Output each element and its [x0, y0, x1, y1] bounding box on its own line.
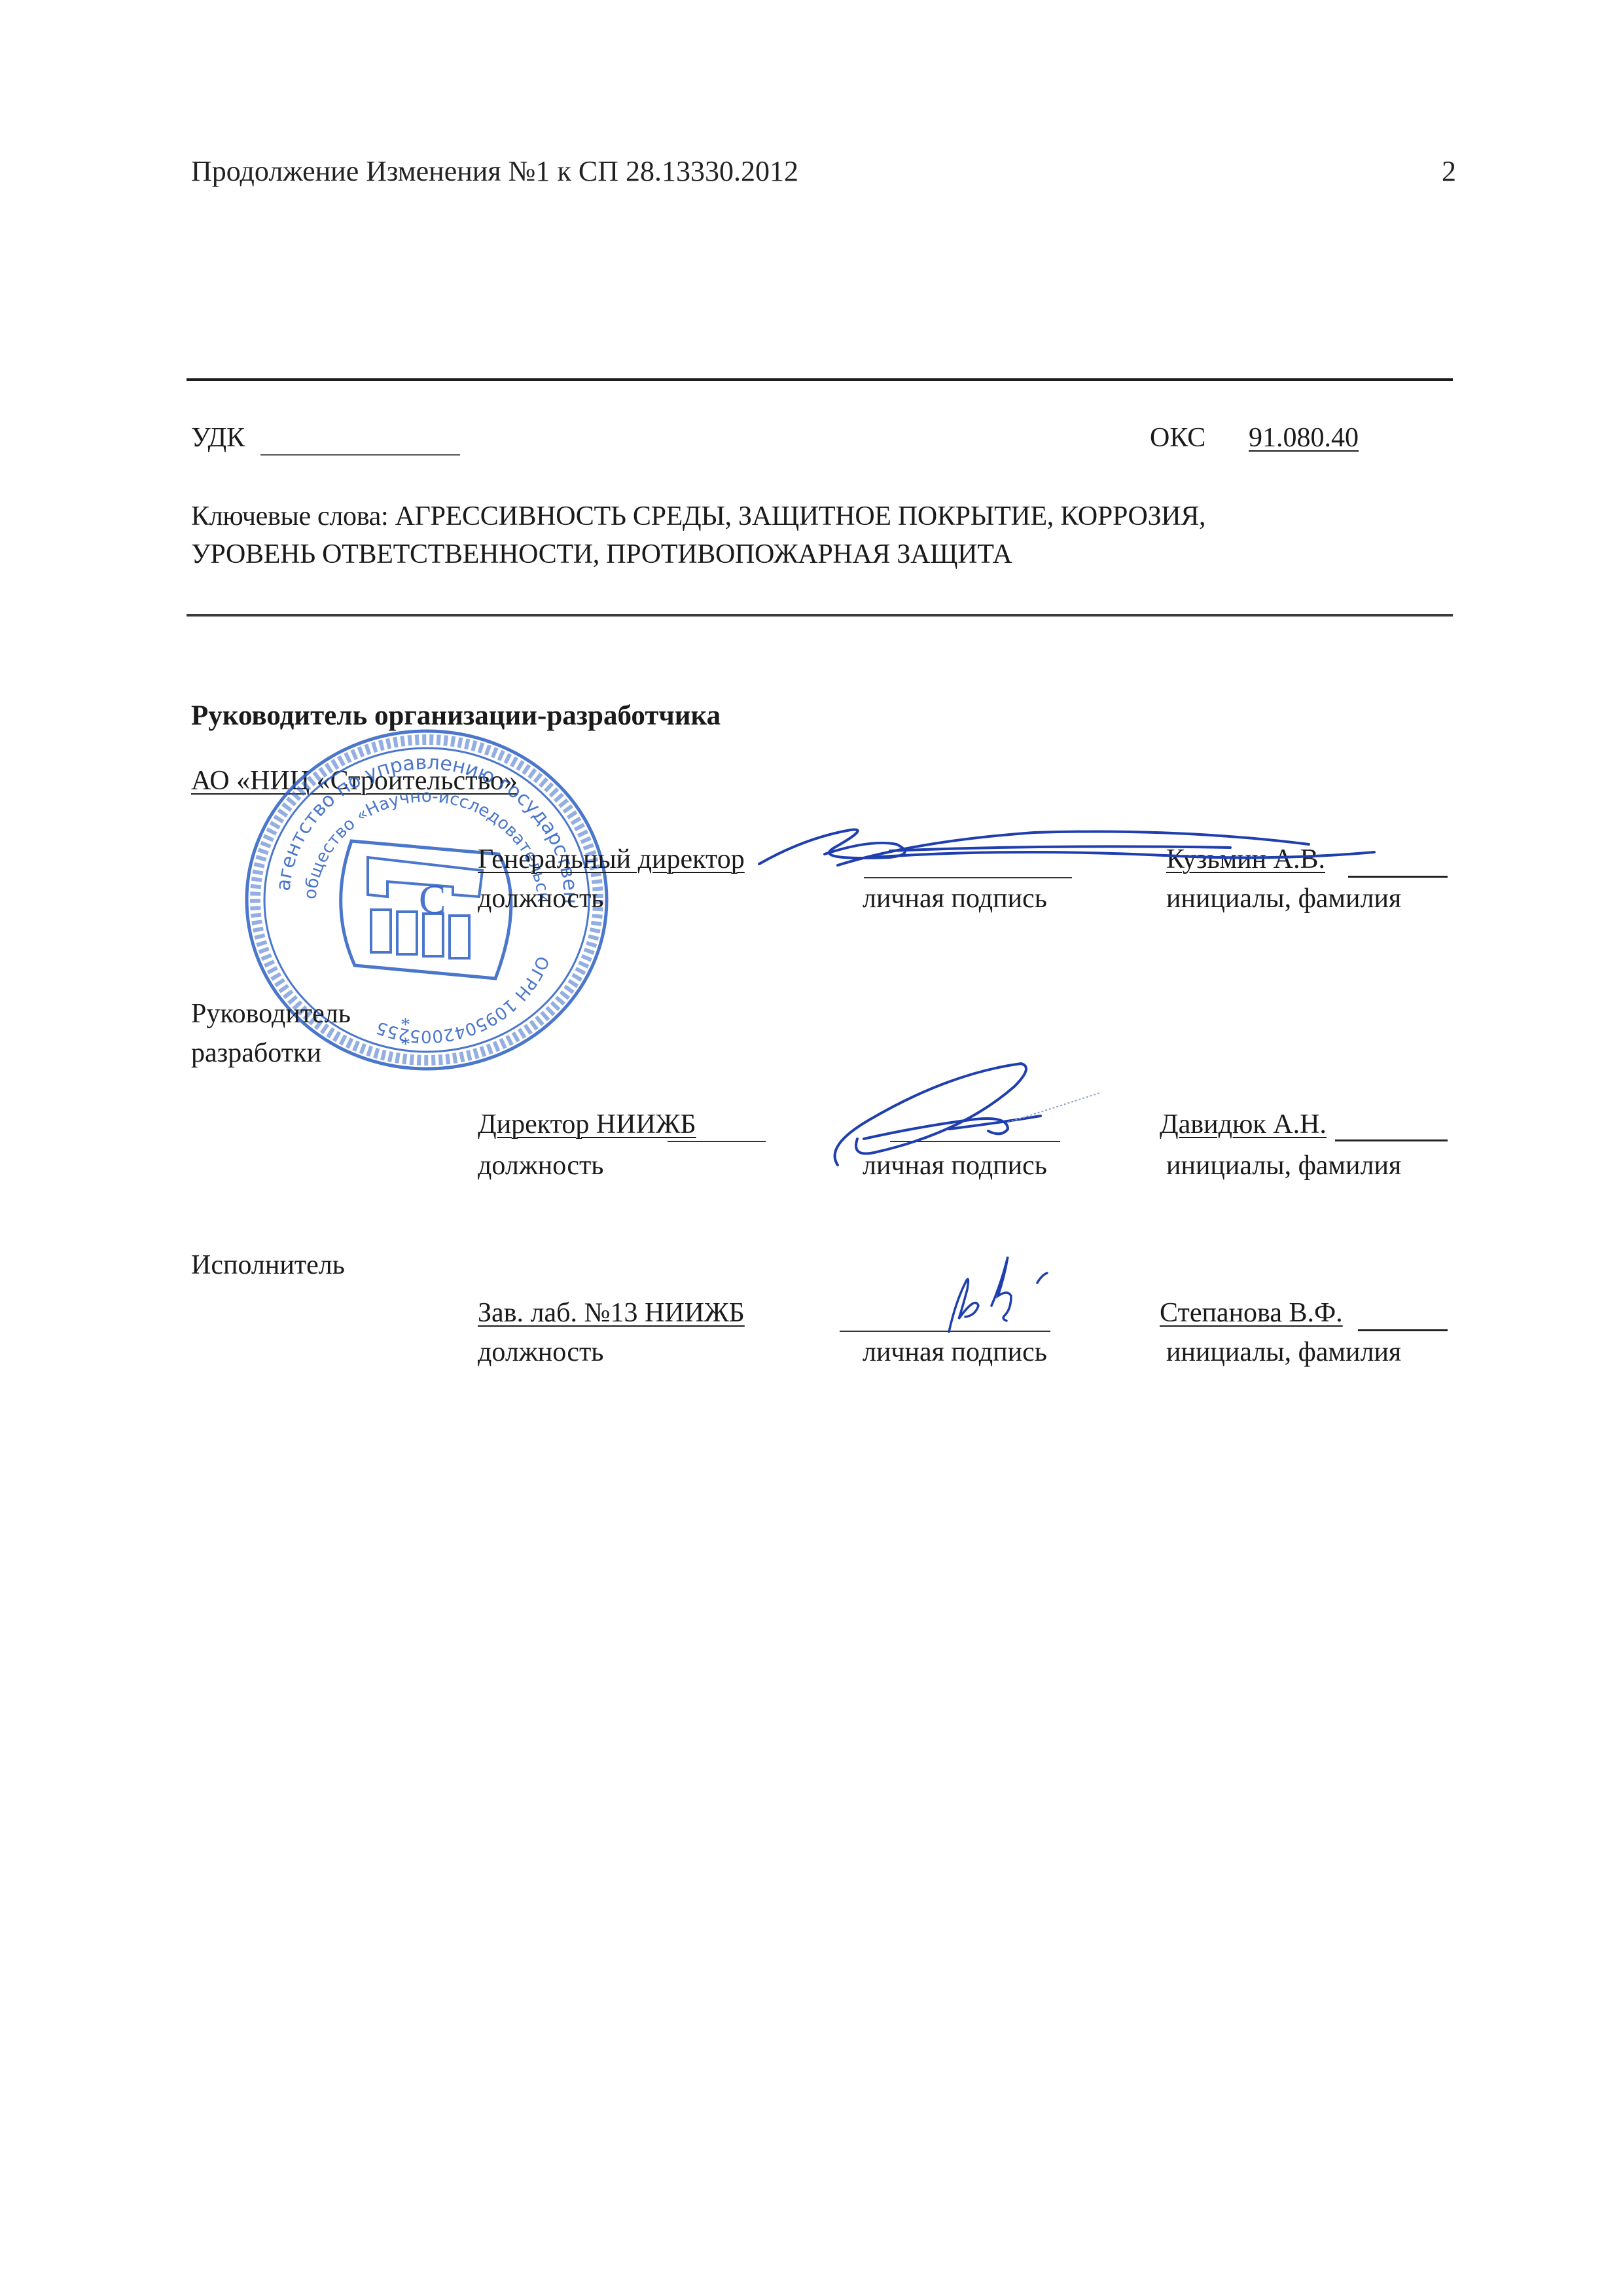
signatory-2-name-trailing-line: [1335, 1139, 1448, 1141]
signatory-1-position: Генеральный директор: [478, 846, 745, 873]
top-divider: [187, 378, 1453, 381]
signatory-3-role: Исполнитель: [191, 1251, 345, 1279]
udk-label: УДК: [191, 424, 245, 452]
oks-label: ОКС: [1150, 424, 1205, 452]
signatory-1-signature-line: [864, 877, 1072, 878]
signatory-3-position: Зав. лаб. №13 НИИЖБ: [478, 1299, 745, 1327]
svg-text:С: С: [419, 878, 446, 922]
bottom-divider: [187, 614, 1453, 617]
signatory-3-name-trailing-line: [1358, 1329, 1448, 1331]
signatory-2-role-line-2: разработки: [191, 1039, 321, 1067]
signature-3-icon: [929, 1244, 1086, 1335]
signature-1-icon: [720, 825, 1479, 877]
signatory-2-position-caption: должность: [478, 1152, 603, 1179]
signatory-1-position-caption: должность: [478, 885, 603, 912]
signatory-2-position: Директор НИИЖБ: [478, 1111, 696, 1138]
signatory-2-position-trailing-line: [668, 1141, 766, 1142]
udk-value-blank: [260, 454, 460, 456]
keywords-line-2: УРОВЕНЬ ОТВЕТСТВЕННОСТИ, ПРОТИВОПОЖАРНАЯ…: [191, 539, 1012, 570]
svg-text:*: *: [401, 1033, 410, 1055]
signatory-3-signature-caption: личная подпись: [863, 1338, 1047, 1366]
svg-text:*: *: [401, 1014, 410, 1035]
signatory-3-position-caption: должность: [478, 1338, 603, 1366]
signature-2-icon: [818, 1060, 1211, 1172]
signatory-3-name: Степанова В.Ф.: [1160, 1299, 1343, 1327]
signatory-1-signature-caption: личная подпись: [863, 885, 1047, 912]
page-number: 2: [1442, 154, 1456, 188]
signatory-2-role-line-1: Руководитель: [191, 1000, 351, 1028]
document-continuation-title: Продолжение Изменения №1 к СП 28.13330.2…: [191, 154, 798, 188]
signatory-1-name-caption: инициалы, фамилия: [1166, 885, 1401, 912]
oks-value: 91.080.40: [1249, 424, 1359, 452]
signatory-3-name-caption: инициалы, фамилия: [1166, 1338, 1401, 1366]
keywords-line-1: Ключевые слова: АГРЕССИВНОСТЬ СРЕДЫ, ЗАЩ…: [191, 501, 1205, 532]
